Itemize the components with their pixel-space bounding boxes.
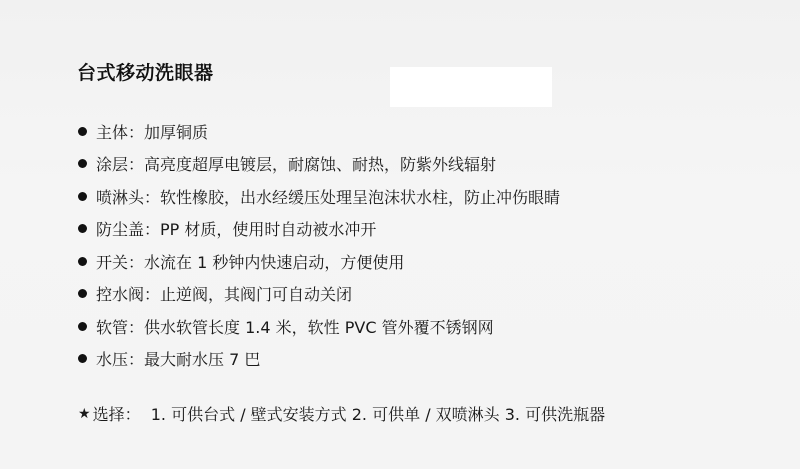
spec-label: 防尘盖： (96, 217, 160, 240)
spec-label: 水压： (96, 347, 144, 370)
spec-label: 涂层： (96, 152, 144, 175)
spec-item: 涂层： 高亮度超厚电镀层，耐腐蚀、耐热，防紫外线辐射 (78, 148, 560, 181)
spec-value: 高亮度超厚电镀层，耐腐蚀、耐热，防紫外线辐射 (144, 152, 496, 175)
bullet-icon (78, 354, 87, 363)
spec-value: 止逆阀，其阀门可自动关闭 (160, 282, 352, 305)
spec-value: 水流在 1 秒钟内快速启动，方便使用 (144, 250, 404, 273)
spec-label: 主体： (96, 120, 144, 143)
note-label: 选择： (93, 402, 141, 425)
options-note: ★ 选择： 1. 可供台式 / 壁式安装方式 2. 可供单 / 双喷淋头 3. … (78, 402, 605, 425)
product-title: 台式移动洗眼器 (77, 58, 214, 85)
blank-region (390, 67, 552, 107)
spec-label: 软管： (96, 315, 144, 338)
spec-label: 开关： (96, 250, 144, 273)
note-value: 1. 可供台式 / 壁式安装方式 2. 可供单 / 双喷淋头 3. 可供洗瓶器 (141, 402, 606, 425)
spec-item: 水压：最大耐水压 7 巴 (78, 343, 560, 376)
bullet-icon (78, 322, 87, 331)
bullet-icon (78, 224, 87, 233)
bullet-icon (78, 159, 87, 168)
spec-label: 喷淋头： (96, 185, 160, 208)
bullet-icon (78, 127, 87, 136)
spec-value: PP 材质，使用时自动被水冲开 (160, 217, 376, 240)
spec-item: 开关：水流在 1 秒钟内快速启动，方便使用 (78, 245, 560, 278)
spec-item: 喷淋头：软性橡胶，出水经缓压处理呈泡沫状水柱，防止冲伤眼睛 (78, 180, 560, 213)
star-icon: ★ (78, 406, 91, 422)
spec-item: 主体： 加厚铜质 (78, 115, 560, 148)
spec-value: 软性橡胶，出水经缓压处理呈泡沫状水柱，防止冲伤眼睛 (160, 185, 560, 208)
spec-label: 控水阀： (96, 282, 160, 305)
spec-item: 软管：供水软管长度 1.4 米，软性 PVC 管外覆不锈钢网 (78, 310, 560, 343)
spec-item: 控水阀：止逆阀，其阀门可自动关闭 (78, 278, 560, 311)
document-page: 台式移动洗眼器 主体： 加厚铜质 涂层： 高亮度超厚电镀层，耐腐蚀、耐热，防紫外… (0, 0, 800, 469)
bullet-icon (78, 192, 87, 201)
spec-value: 加厚铜质 (144, 120, 208, 143)
bullet-icon (78, 257, 87, 266)
spec-list: 主体： 加厚铜质 涂层： 高亮度超厚电镀层，耐腐蚀、耐热，防紫外线辐射 喷淋头：… (78, 115, 560, 375)
spec-value: 供水软管长度 1.4 米，软性 PVC 管外覆不锈钢网 (144, 315, 494, 338)
spec-item: 防尘盖：PP 材质，使用时自动被水冲开 (78, 213, 560, 246)
spec-value: 最大耐水压 7 巴 (144, 347, 260, 370)
bullet-icon (78, 289, 87, 298)
